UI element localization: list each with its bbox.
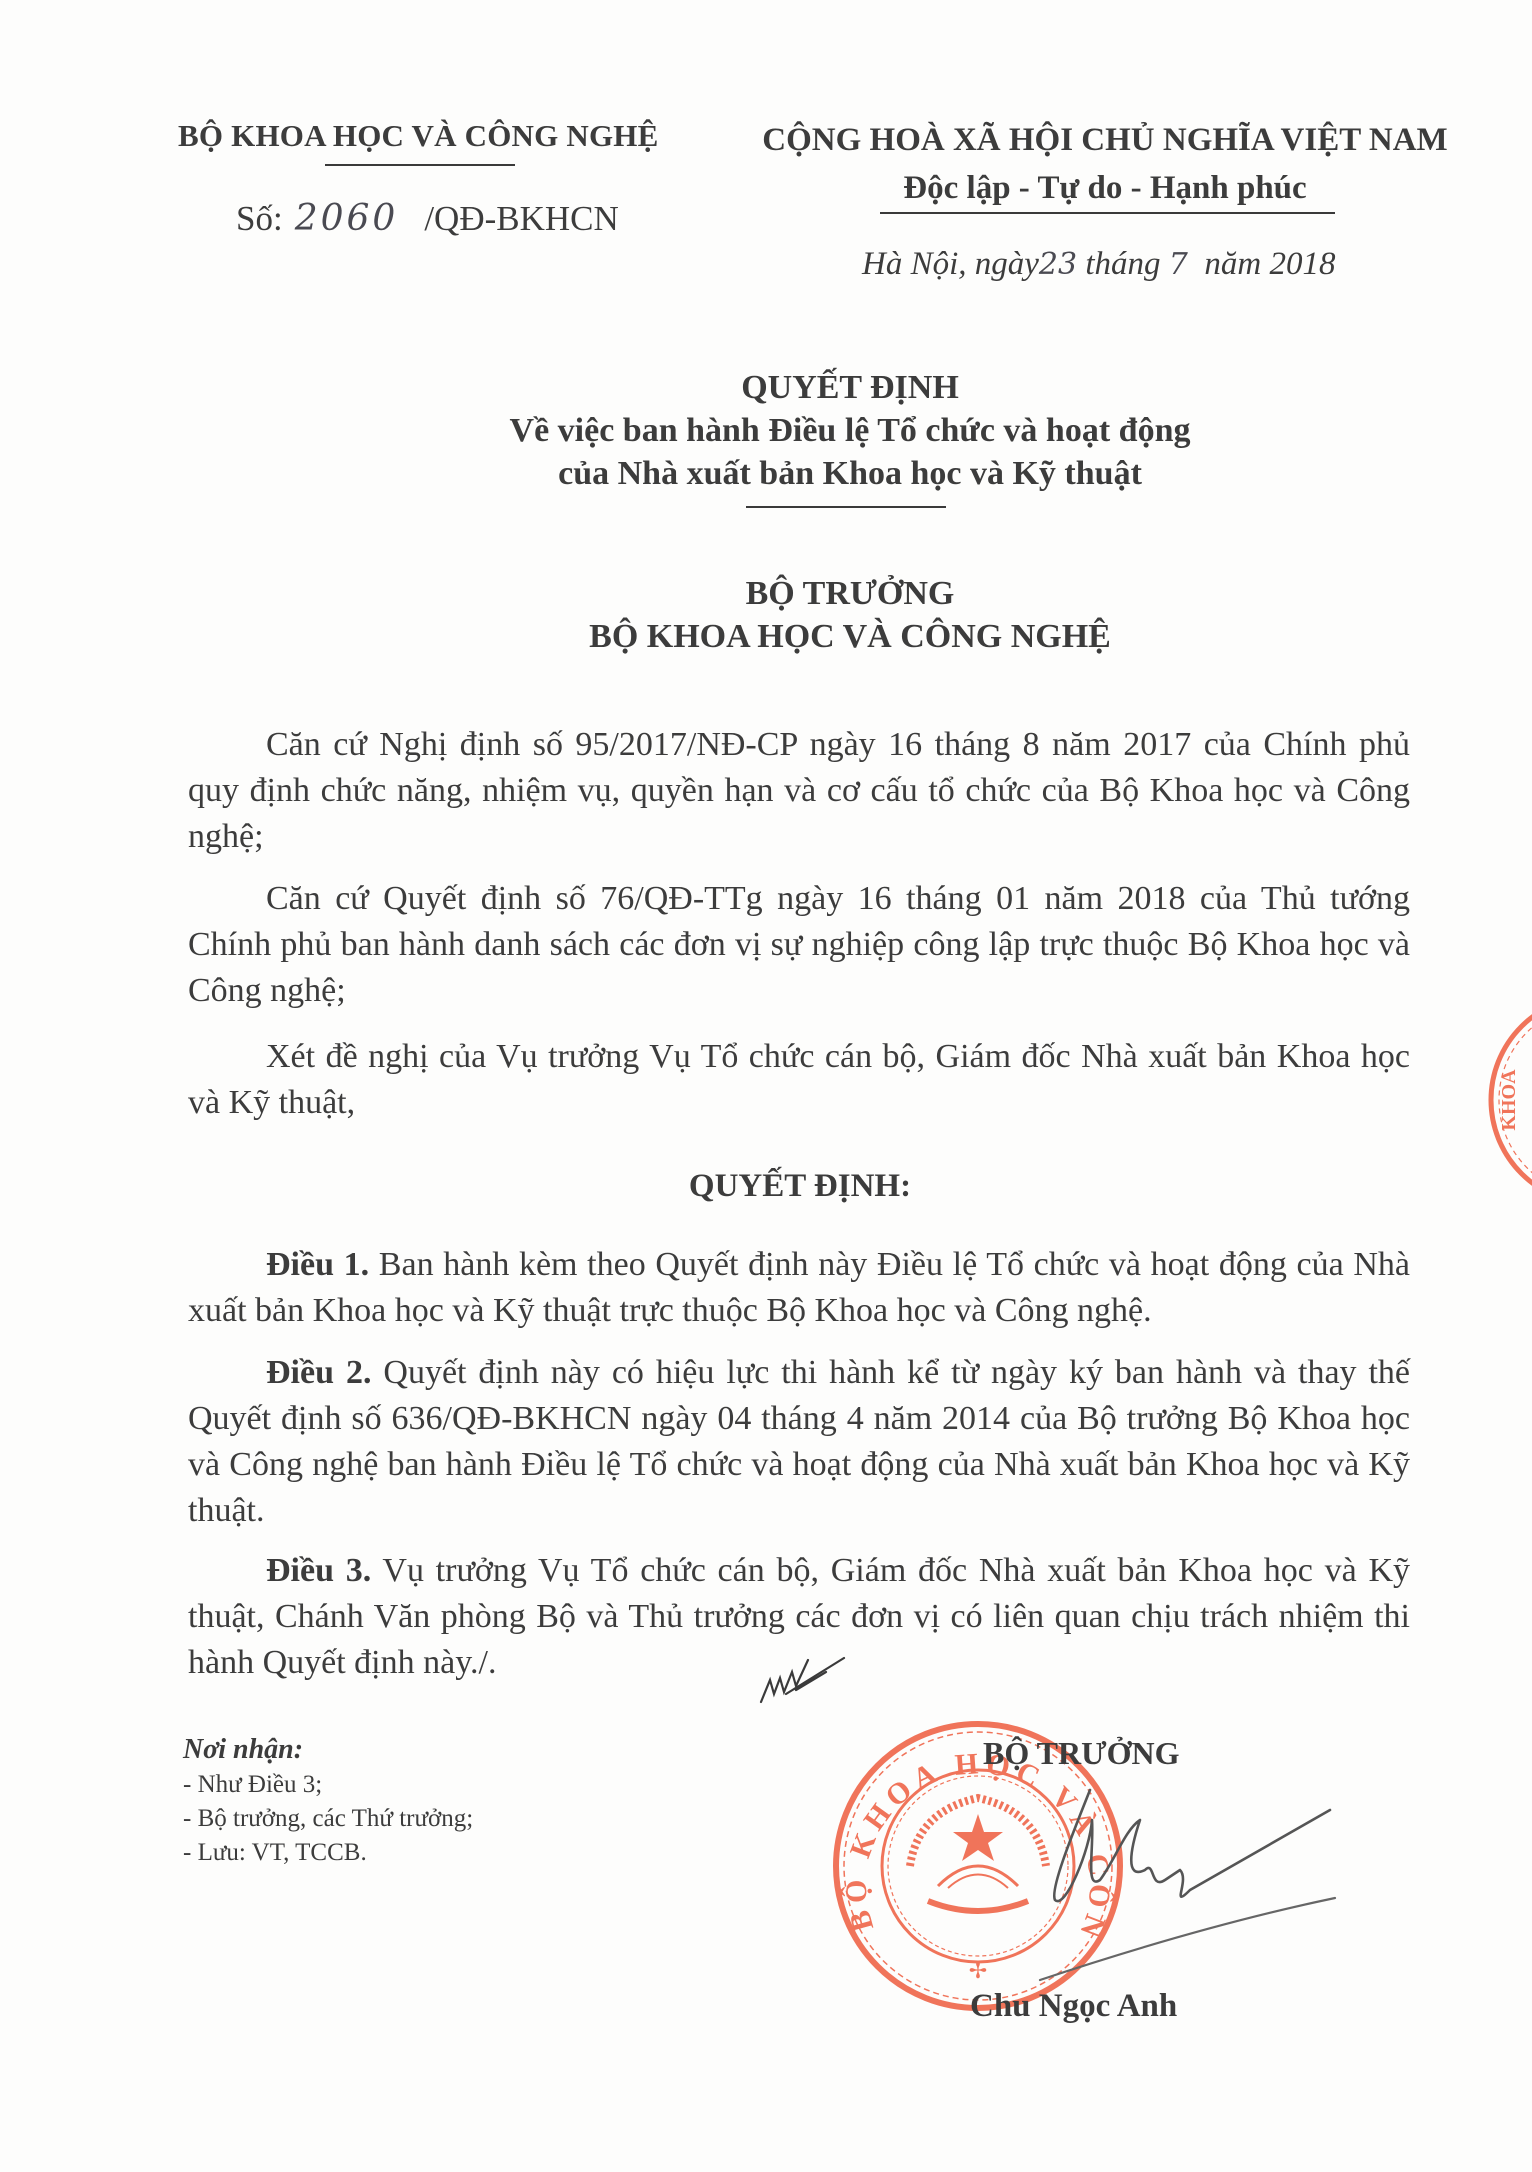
signer-name: Chu Ngọc Anh — [970, 1988, 1177, 2025]
preamble-paragraph: Căn cứ Quyết định số 76/QĐ-TTg ngày 16 t… — [188, 876, 1410, 1014]
initials-mark — [756, 1650, 851, 1710]
issuing-body: BỘ KHOA HỌC VÀ CÔNG NGHỆ — [178, 118, 708, 154]
number-prefix: Số: — [236, 199, 283, 238]
year-text: năm 2018 — [1204, 246, 1335, 282]
article-label: Điều 3. — [266, 1552, 371, 1589]
country-name: CỘNG HOÀ XÃ HỘI CHỦ NGHĨA VIỆT NAM — [745, 122, 1465, 159]
subject-line: của Nhà xuất bản Khoa học và Kỹ thuật — [300, 452, 1400, 495]
issuing-body-underline — [325, 164, 515, 166]
svg-text:KHOA: KHOA — [1498, 1069, 1520, 1131]
document-title: QUYẾT ĐỊNH Về việc ban hành Điều lệ Tổ c… — [300, 366, 1400, 495]
title-underline — [746, 506, 946, 508]
handwritten-number: 2060 — [295, 198, 399, 239]
motto-underline — [880, 212, 1335, 214]
authority-line: BỘ KHOA HỌC VÀ CÔNG NGHỆ — [300, 615, 1400, 658]
place-prefix: Hà Nội, ngày — [862, 246, 1039, 282]
document-number: Số:2060/QĐ-BKHCN — [236, 198, 619, 239]
recipients-block: Nơi nhận: - Như Điều 3; - Bộ trưởng, các… — [183, 1732, 473, 1870]
authority-line: BỘ TRƯỞNG — [300, 572, 1400, 615]
decision-heading: QUYẾT ĐỊNH: — [300, 1168, 1300, 1205]
place-and-date: Hà Nội, ngày23 tháng 7 năm 2018 — [862, 246, 1335, 283]
handwritten-signature — [1030, 1780, 1340, 2000]
preamble-paragraph: Xét đề nghị của Vụ trưởng Vụ Tổ chức cán… — [188, 1034, 1410, 1126]
article: Điều 2. Quyết định này có hiệu lực thi h… — [188, 1350, 1410, 1534]
article: Điều 1. Ban hành kèm theo Quyết định này… — [188, 1242, 1410, 1334]
recipient-item: - Lưu: VT, TCCB. — [183, 1836, 473, 1870]
handwritten-month: 7 — [1169, 247, 1188, 282]
signer-title: BỘ TRƯỞNG — [983, 1735, 1179, 1772]
number-suffix: /QĐ-BKHCN — [424, 199, 618, 238]
authority-heading: BỘ TRƯỞNG BỘ KHOA HỌC VÀ CÔNG NGHỆ — [300, 572, 1400, 658]
partial-seal-icon: KHOA — [1485, 990, 1532, 1210]
month-label: tháng — [1085, 246, 1160, 282]
article-label: Điều 2. — [266, 1354, 371, 1391]
article-text: Ban hành kèm theo Quyết định này Điều lệ… — [188, 1246, 1410, 1329]
recipients-title: Nơi nhận: — [183, 1732, 473, 1768]
article-text: Quyết định này có hiệu lực thi hành kể t… — [188, 1354, 1410, 1529]
doc-type: QUYẾT ĐỊNH — [300, 366, 1400, 409]
handwritten-day: 23 — [1039, 247, 1077, 282]
recipient-item: - Bộ trưởng, các Thứ trưởng; — [183, 1802, 473, 1836]
preamble-paragraph: Căn cứ Nghị định số 95/2017/NĐ-CP ngày 1… — [188, 722, 1410, 860]
subject-line: Về việc ban hành Điều lệ Tổ chức và hoạt… — [300, 409, 1400, 452]
national-motto: Độc lập - Tự do - Hạnh phúc — [745, 170, 1465, 207]
svg-text:✢: ✢ — [969, 1958, 987, 1983]
recipient-item: - Như Điều 3; — [183, 1768, 473, 1802]
article-label: Điều 1. — [266, 1246, 369, 1283]
